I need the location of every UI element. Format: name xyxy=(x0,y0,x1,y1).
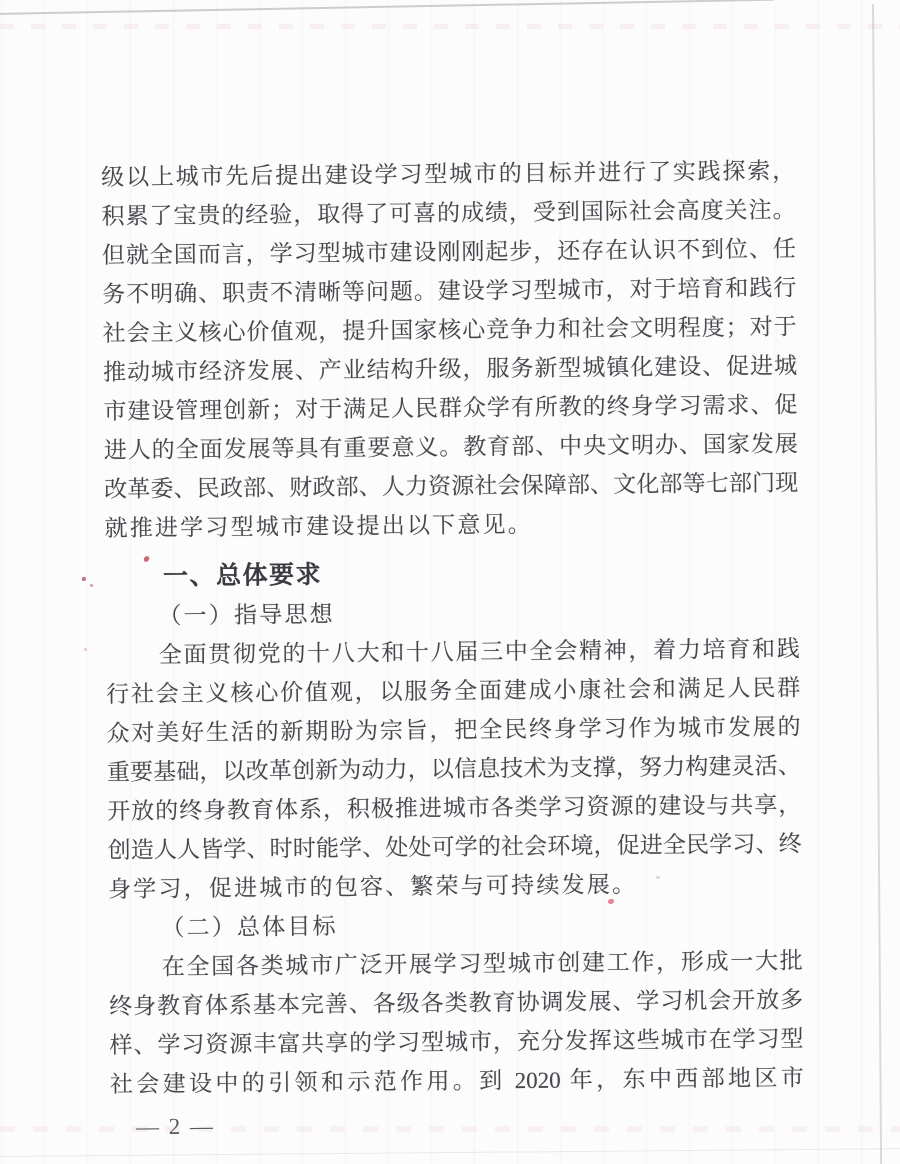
text-line: 级以上城市先后提出建设学习型城市的目标并进行了实践探索， xyxy=(101,151,795,197)
text-line: 开放的终身教育体系，积极推进城市各类学习资源的建设与共享， xyxy=(107,785,801,831)
text-line: 众对美好生活的新期盼为宗旨，把全民终身学习作为城市发展的 xyxy=(106,707,800,753)
text-line: 市建设管理创新；对于满足人民群众学有所教的终身学习需求、促 xyxy=(103,385,797,431)
scan-edge-top xyxy=(0,0,774,15)
scan-edge-right xyxy=(872,4,882,1164)
scan-artifact-band-top xyxy=(0,24,900,29)
text-line: 重要基础，以改革创新为动力，以信息技术为支撑，努力构建灵活、 xyxy=(107,746,801,792)
red-ink-speck xyxy=(82,577,86,581)
text-line: 积累了宝贵的经验，取得了可喜的成绩，受到国际社会高度关注。 xyxy=(101,190,795,236)
text-line: 但就全国而言，学习型城市建设刚刚起步，还存在认识不到位、任 xyxy=(102,229,796,275)
section-heading: 一、总体要求 xyxy=(105,551,799,597)
scanned-document-page: 级以上城市先后提出建设学习型城市的目标并进行了实践探索， 积累了宝贵的经验，取得… xyxy=(0,0,900,1164)
text-line: 行社会主义核心价值观，以服务全面建成小康社会和满足人民群 xyxy=(106,668,800,714)
text-line: 创造人人皆学、时时能学、处处可学的社会环境，促进全民学习、终 xyxy=(107,824,801,870)
sub-heading: （一）指导思想 xyxy=(105,590,799,636)
document-text: 级以上城市先后提出建设学习型城市的目标并进行了实践探索， 积累了宝贵的经验，取得… xyxy=(101,151,804,1104)
text-line: 终身教育体系基本完善、各级各类教育协调发展、学习机会开放多 xyxy=(109,980,803,1026)
paragraph-start-line: 在全国各类城市广泛开展学习型城市创建工作，形成一大批 xyxy=(109,941,803,987)
sub-heading: （二）总体目标 xyxy=(108,902,802,948)
text-line: 社会建设中的引领和示范作用。到 2020 年，东中西部地区市 xyxy=(110,1058,804,1104)
text-line: 社会主义核心价值观，提升国家核心竞争力和社会文明程度；对于 xyxy=(102,307,796,353)
text-line: 务不明确、职责不清晰等问题。建设学习型城市，对于培育和践行 xyxy=(102,268,796,314)
paragraph-start-line: 全面贯彻党的十八大和十八届三中全会精神，着力培育和践 xyxy=(106,629,800,675)
text-line: 进人的全面发展等具有重要意义。教育部、中央文明办、国家发展 xyxy=(104,424,798,470)
red-ink-speck xyxy=(90,584,93,587)
text-line: 改革委、民政部、财政部、人力资源社会保障部、文化部等七部门现 xyxy=(104,463,798,509)
text-line: 推动城市经济发展、产业结构升级，服务新型城镇化建设、促进城 xyxy=(103,346,797,392)
paragraph-end-line: 身学习，促进城市的包容、繁荣与可持续发展。 xyxy=(108,863,802,909)
page-number: — 2 — xyxy=(136,1114,215,1141)
text-line: 样、学习资源丰富共享的学习型城市，充分发挥这些城市在学习型 xyxy=(109,1019,803,1065)
paragraph-end-line: 就推进学习型城市建设提出以下意见。 xyxy=(104,502,798,548)
scan-edge-bottom xyxy=(0,1148,900,1157)
pink-ink-speck xyxy=(84,648,87,651)
